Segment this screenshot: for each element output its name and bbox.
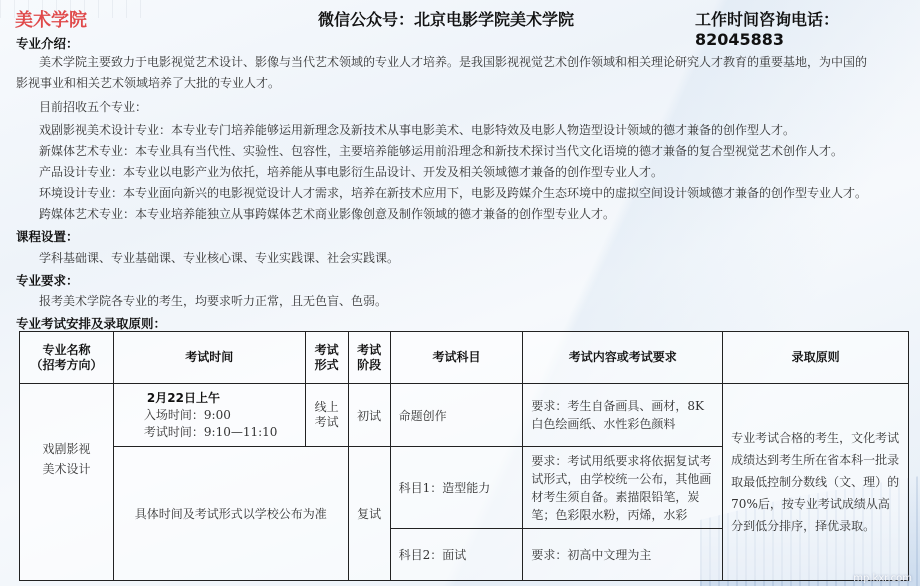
admission-rule-cell: 专业考试合格的考生，文化考试成绩达到考生所在省本科一批录取最低控制分数线（文、理… xyxy=(723,384,909,581)
header-admission: 录取原则 xyxy=(723,332,909,384)
intro-title: 专业介绍： xyxy=(16,34,79,52)
table-row: 戏剧影视 美术设计 2月22日上午 入场时间：9:00 考试时间：9:10—11… xyxy=(20,384,909,447)
curriculum-text: 学科基础课、专业基础课、专业核心课、专业实践课、社会实践课。 xyxy=(39,248,399,268)
exam-content-cell: 要求：初高中文理为主 xyxy=(523,529,723,581)
exam-duration: 考试时间：9:10—11:10 xyxy=(144,424,305,441)
majors-heading: 目前招收五个专业： xyxy=(39,97,147,117)
watermark: mp.kxr.com xyxy=(853,573,912,584)
exam-stage-cell: 初试 xyxy=(348,384,390,447)
requirements-title: 专业要求： xyxy=(16,271,79,289)
header-content: 考试内容或考试要求 xyxy=(523,332,723,384)
header-major: 专业名称 （招考方向） xyxy=(20,332,114,384)
requirements-text: 报考美术学院各专业的考生，均要求听力正常，且无色盲、色弱。 xyxy=(39,291,387,311)
major-name-cell: 戏剧影视 美术设计 xyxy=(20,384,114,581)
major-item: 跨媒体艺术专业：本专业培养能独立从事跨媒体艺术商业影像创意及制作领域的德才兼备的… xyxy=(39,204,615,224)
major-item: 戏剧影视美术设计专业：本专业专门培养能够运用新理念及新技术从事电影美术、电影特效… xyxy=(39,120,795,140)
exam-date: 2月22日上午 xyxy=(144,390,305,407)
exam-schedule-table: 专业名称 （招考方向） 考试时间 考试 形式 考试 阶段 考试科目 考试内容或考… xyxy=(19,331,909,581)
header-stage: 考试 阶段 xyxy=(348,332,390,384)
entry-time: 入场时间：9:00 xyxy=(144,407,305,424)
exam-title: 专业考试安排及录取原则： xyxy=(16,314,166,332)
major-item: 新媒体艺术专业：本专业具有当代性、实验性、包容性，主要培养能够运用前沿理念和新技… xyxy=(39,141,843,161)
exam-content-cell: 要求：考试用纸要求将依据复试考试形式，由学校统一公布，其他画材考生须自备。素描限… xyxy=(523,447,723,529)
exam-subject-cell: 科目1：造型能力 xyxy=(390,447,523,529)
header-form: 考试 形式 xyxy=(305,332,348,384)
exam-stage-cell: 复试 xyxy=(348,447,390,581)
consult-phone: 工作时间咨询电话：82045883 xyxy=(695,7,920,49)
exam-time-note-cell: 具体时间及考试形式以学校公布为准 xyxy=(113,447,348,581)
header-subject: 考试科目 xyxy=(390,332,523,384)
curriculum-title: 课程设置： xyxy=(16,227,79,245)
exam-time-cell: 2月22日上午 入场时间：9:00 考试时间：9:10—11:10 xyxy=(113,384,305,447)
exam-subject-cell: 科目2：面试 xyxy=(390,529,523,581)
wechat-account: 微信公众号：北京电影学院美术学院 xyxy=(318,7,574,30)
major-item: 环境设计专业：本专业面向新兴的电影视觉设计人才需求，培养在新技术应用下，电影及跨… xyxy=(39,183,867,203)
exam-form-cell: 线上 考试 xyxy=(305,384,348,447)
table-header-row: 专业名称 （招考方向） 考试时间 考试 形式 考试 阶段 考试科目 考试内容或考… xyxy=(20,332,909,384)
exam-subject-cell: 命题创作 xyxy=(390,384,523,447)
header-time: 考试时间 xyxy=(113,332,305,384)
page-header: 美术学院 微信公众号：北京电影学院美术学院 工作时间咨询电话：82045883 xyxy=(0,6,920,32)
intro-paragraph-line2: 影视事业和相关艺术领域培养了大批的专业人才。 xyxy=(16,73,280,93)
major-item: 产品设计专业：本专业以电影产业为依托，培养能从事电影衍生品设计、开发及相关领域德… xyxy=(39,162,663,182)
intro-paragraph-line1: 美术学院主要致力于电影视觉艺术设计、影像与当代艺术领域的专业人才培养。是我国影视… xyxy=(39,52,867,72)
exam-content-cell: 要求：考生自备画具、画材，8K白色绘画纸、水性彩色颜料 xyxy=(523,384,723,447)
brand-title: 美术学院 xyxy=(15,6,87,32)
